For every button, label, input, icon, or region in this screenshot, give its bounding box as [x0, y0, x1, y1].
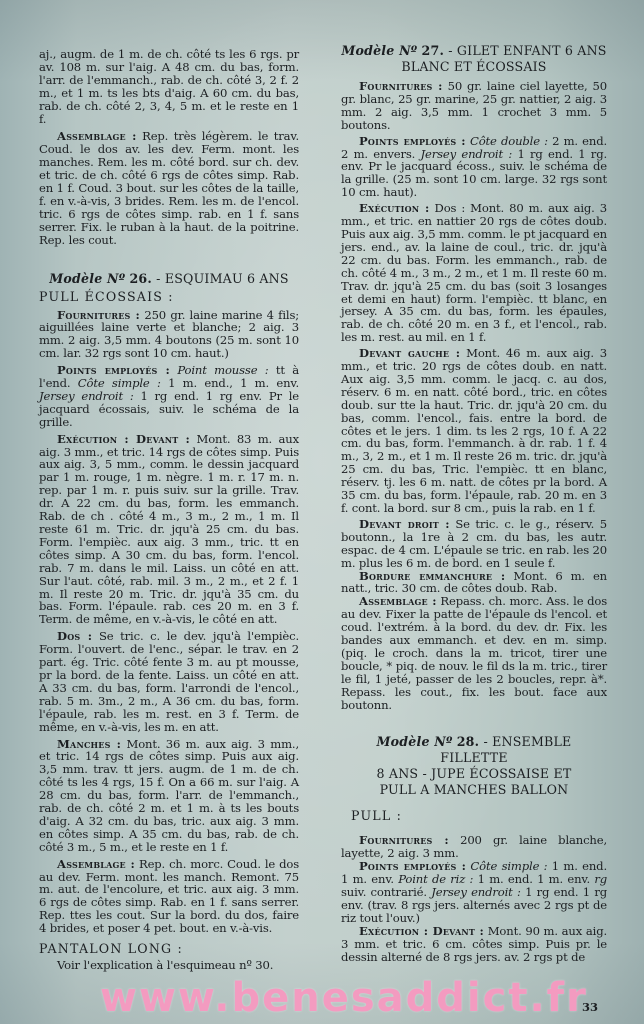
execution-paragraph: Exécution : Dos : Mont. 80 m. aux aig. 3… — [341, 202, 607, 344]
points-paragraph: Points employés : Point mousse : tt à l'… — [39, 364, 299, 429]
watermark-text: www.benesaddict.fr — [100, 975, 588, 1021]
assemblage-paragraph-26: Assemblage : Rep. ch. morc. Coud. le dos… — [39, 858, 299, 935]
left-column: aj., augm. de 1 m. de ch. côté ts les 6 … — [39, 0, 299, 972]
assemblage-paragraph-27: Assemblage : Repass. ch. morc. Ass. le d… — [341, 595, 607, 711]
manches-paragraph: Manches : Mont. 36 m. aux aig. 3 mm., et… — [39, 738, 299, 854]
fournitures-paragraph: Fournitures : 50 gr. laine ciel layette,… — [341, 80, 607, 132]
model-26-subtitle: PULL ÉCOSSAIS : — [39, 291, 299, 304]
execution-paragraph: Exécution : Devant : Mont. 90 m. aux aig… — [341, 925, 607, 964]
fournitures-paragraph: Fournitures : 250 gr. laine marine 4 fil… — [39, 309, 299, 361]
page-number: 33 — [582, 1000, 598, 1014]
points-paragraph: Points employés : Côte double : 2 m. end… — [341, 135, 607, 200]
pantalon-text: Voir l'explication à l'esquimeau nº 30. — [39, 959, 299, 972]
bordure-paragraph: Bordure emmanchure : Mont. 6 m. en natt.… — [341, 570, 607, 596]
continuation-paragraph: aj., augm. de 1 m. de ch. côté ts les 6 … — [39, 48, 299, 125]
dos-paragraph: Dos : Se tric. c. le dev. jqu'à l'empièc… — [39, 630, 299, 733]
devant-droit-paragraph: Devant droit : Se tric. c. le g., réserv… — [341, 518, 607, 570]
model-26-title: Modèle Nº 26. - ESQUIMAU 6 ANS — [39, 271, 299, 287]
right-column: Modèle Nº 27. - GILET ENFANT 6 ANSBLANC … — [341, 0, 607, 963]
execution-paragraph: Exécution : Devant : Mont. 83 m. aux aig… — [39, 433, 299, 627]
model-27-title: Modèle Nº 27. - GILET ENFANT 6 ANSBLANC … — [341, 43, 607, 75]
fournitures-paragraph: Fournitures : 200 gr. laine blanche, lay… — [341, 834, 607, 860]
points-paragraph: Points employés : Côte simple : 1 m. end… — [341, 860, 607, 925]
devant-gauche-paragraph: Devant gauche : Mont. 46 m. aux aig. 3 m… — [341, 347, 607, 515]
pantalon-title: PANTALON LONG : — [39, 943, 299, 956]
model-28-title: Modèle Nº 28. - ENSEMBLE FILLETTE8 ANS -… — [341, 734, 607, 798]
model-28-subtitle: PULL : — [341, 810, 607, 823]
assemblage-paragraph-25: Assemblage : Rep. très légèrem. le trav.… — [39, 130, 299, 246]
